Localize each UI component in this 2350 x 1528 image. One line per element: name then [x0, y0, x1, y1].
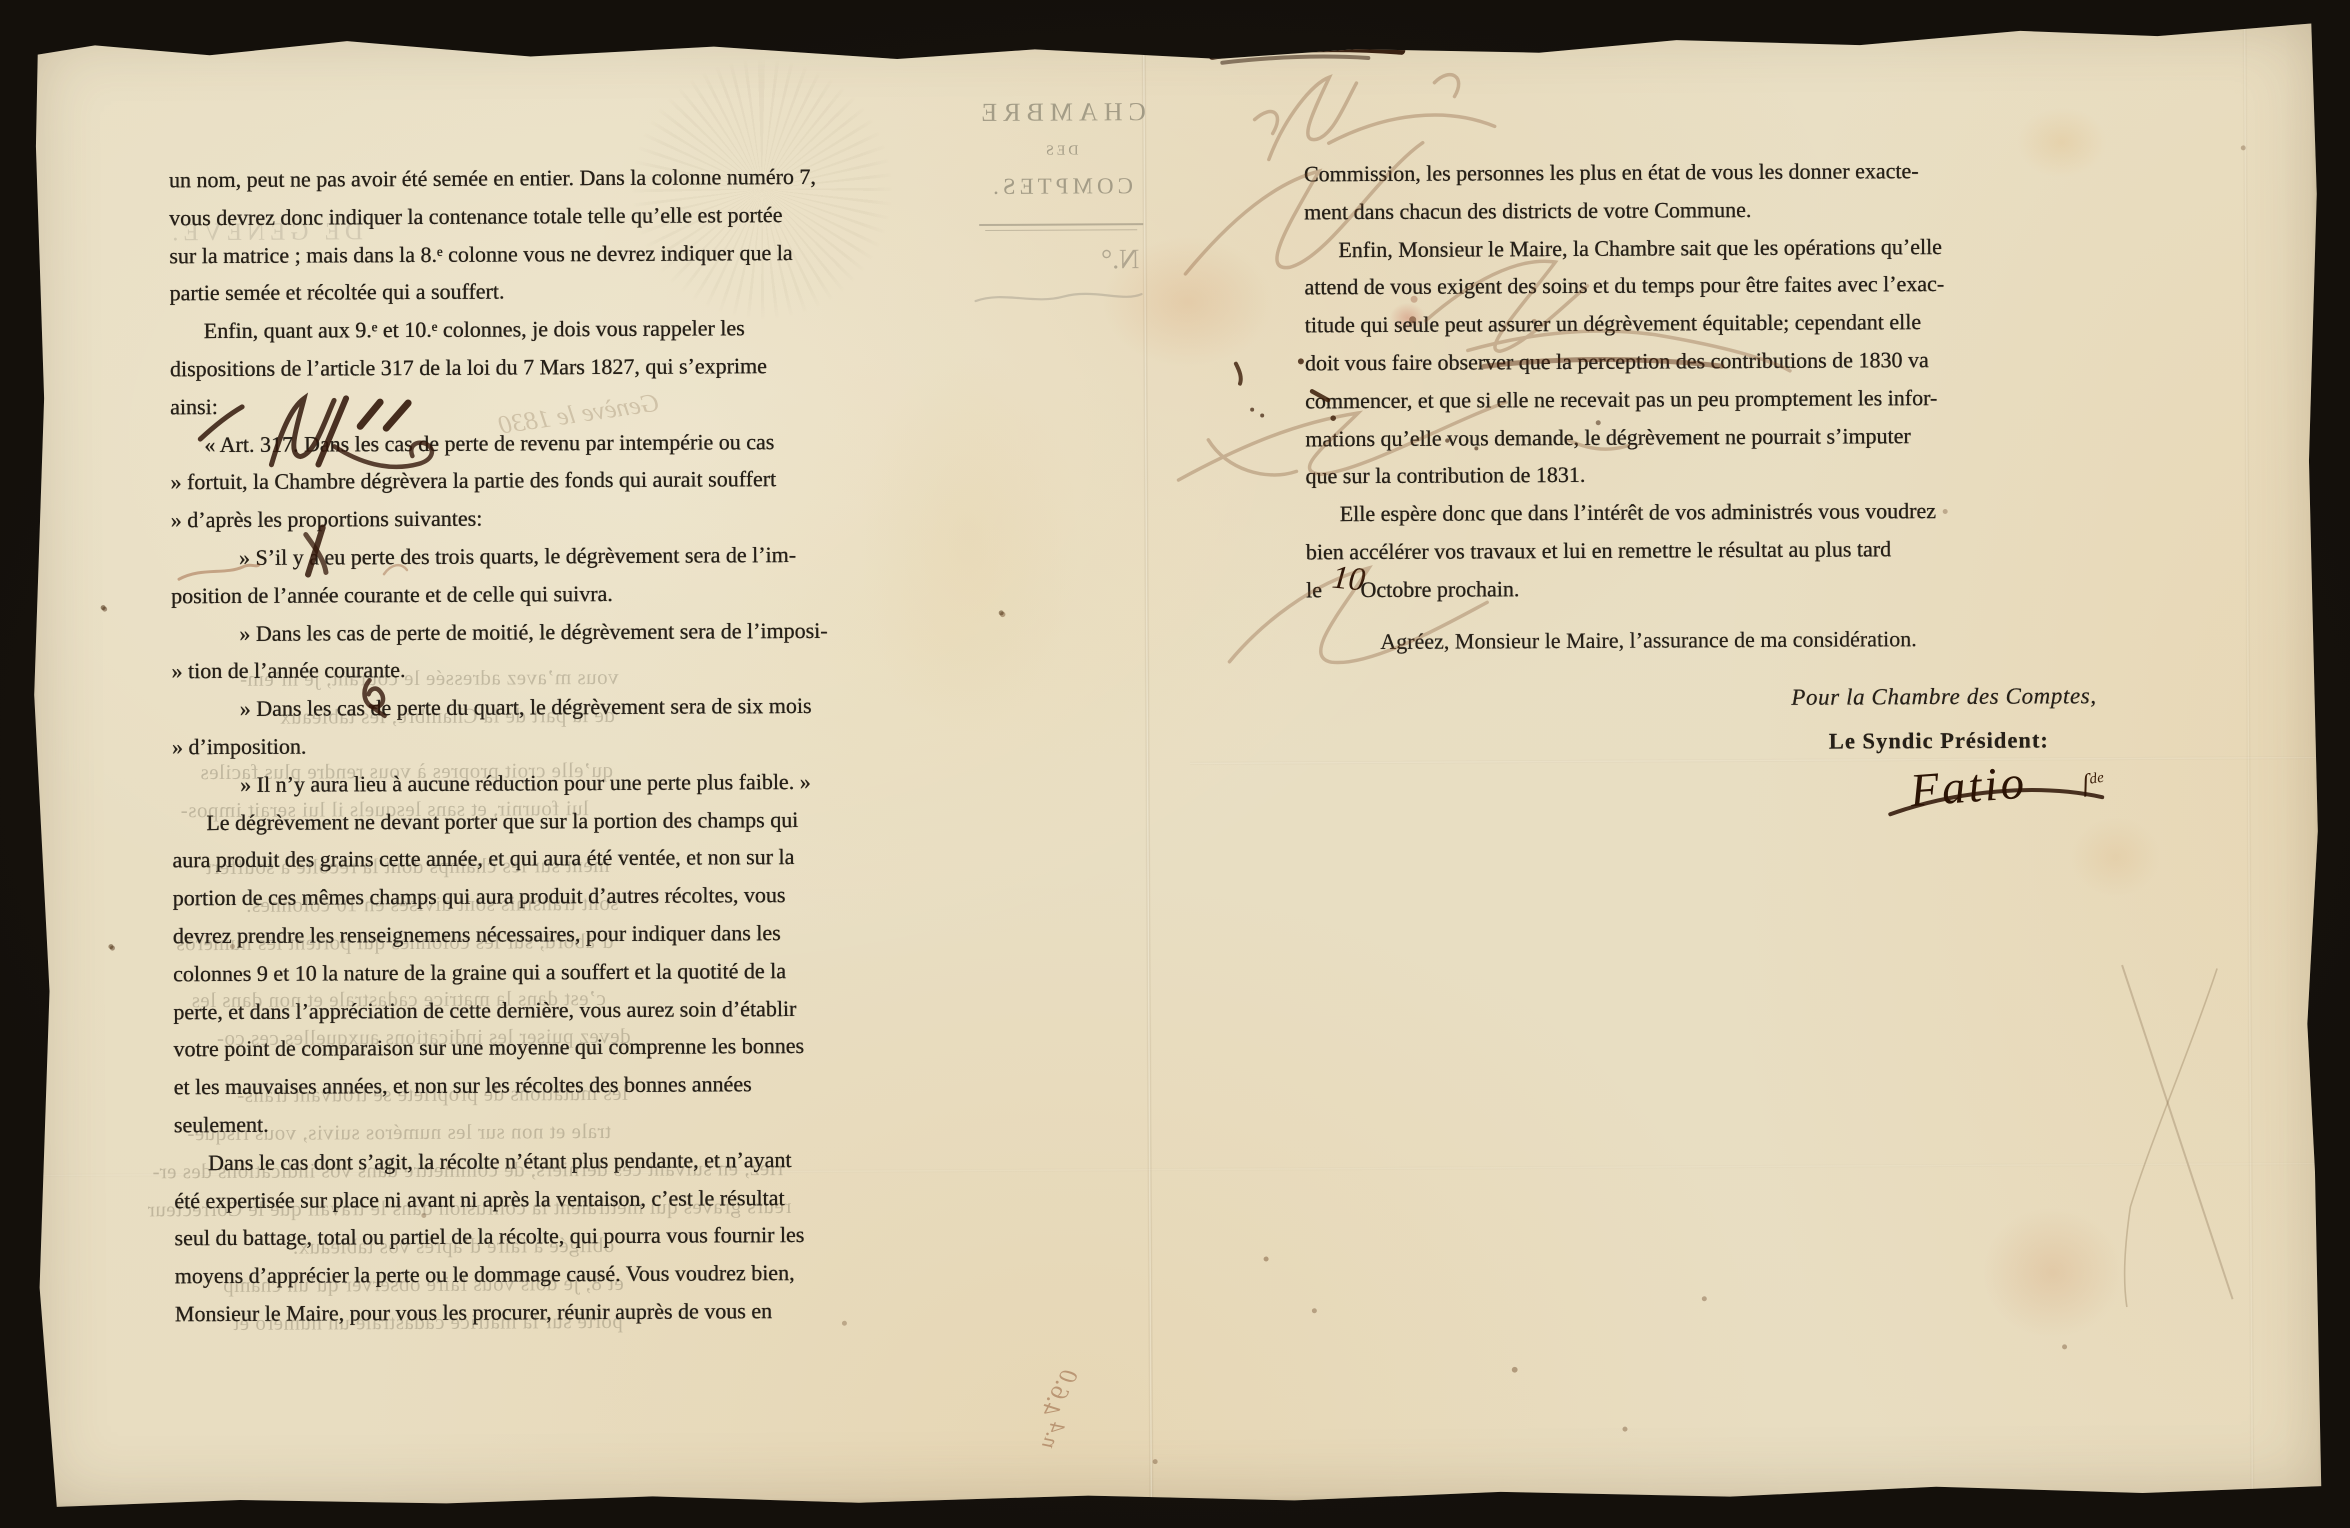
printed-line: votre point de comparaison sur une moyen… — [173, 1026, 963, 1068]
printed-line: et les mauvaises années, et non sur les … — [174, 1064, 964, 1106]
bleedthrough-filing-note: n.4 — [1036, 1418, 1070, 1453]
right-page-text-column: Commission, les personnes les plus en ét… — [1304, 151, 2096, 609]
printed-line: » Il n’y aura lieu à aucune réduction po… — [172, 762, 962, 804]
closing-salutation: Agréez, Monsieur le Maire, l’assurance d… — [1306, 625, 2096, 655]
printed-line: que sur la contribution de 1831. — [1305, 454, 2095, 496]
stamp-line: COMPTES. — [975, 173, 1147, 200]
signature-qualifier: ſᵈᵉ — [2080, 768, 2105, 799]
printed-line: » tion de l’année courante. — [171, 648, 961, 690]
handwritten-year-annotation: 1830. — [1206, 19, 1401, 57]
corner-crease-line — [2123, 969, 2219, 1307]
printed-line: le Octobre prochain. — [1306, 567, 2096, 609]
printed-line: Elle espère donc que dans l’intérêt de v… — [1306, 491, 2096, 533]
paper-stain — [1982, 1207, 2123, 1338]
printed-line: » d’imposition. — [172, 724, 962, 766]
printed-line: commencer, et que si elle ne recevait pa… — [1305, 378, 2095, 420]
stamp-line: CHAMBRE — [975, 97, 1147, 128]
foxing-spots — [26, 28, 29, 31]
printed-line: été expertisée sur place ni avant ni apr… — [174, 1178, 964, 1220]
printed-line: perte, et dans l’appréciation de cette d… — [173, 989, 963, 1031]
printed-line: sur la matrice ; mais dans la 8.ᵉ colonn… — [169, 233, 959, 275]
printed-line: Dans le cas dont s’agit, la récolte n’ét… — [174, 1140, 964, 1182]
printed-line: titude qui seule peut assurer un dégrève… — [1305, 302, 2095, 344]
printed-line: bien accélérer vos travaux et lui en rem… — [1306, 529, 2096, 571]
printed-line: un nom, peut ne pas avoir été semée en e… — [169, 157, 959, 199]
stamp-rule — [979, 223, 1143, 226]
bleedthrough-chambre-stamp: CHAMBRE DES COMPTES. N.° — [975, 97, 1148, 277]
printed-line: position de l’année courante et de celle… — [171, 573, 961, 615]
handwritten-day-of-month: 10 — [1330, 560, 1367, 600]
printed-line: « Art. 317. Dans les cas de perte de rev… — [170, 422, 960, 464]
printed-line: moyens d’apprécier la perte ou le dommag… — [175, 1253, 965, 1295]
printed-line: vous devrez donc indiquer la contenance … — [169, 195, 959, 237]
printed-line: attend de vous exigent des soins et du t… — [1304, 265, 2094, 307]
printed-line: Le dégrèvement ne devant porter que sur … — [172, 800, 962, 842]
printed-line: devrez prendre les renseignemens nécessa… — [173, 913, 963, 955]
printed-line: » Dans les cas de perte de moitié, le dé… — [171, 611, 961, 653]
closing-authority: Pour la Chambre des Comptes, — [1307, 683, 2097, 713]
printed-line: » d’après les proportions suivantes: — [171, 497, 961, 539]
handwritten-signature: Fatio — [1908, 756, 2029, 819]
stamp-numero: N.° — [975, 244, 1147, 277]
corner-crease — [2121, 965, 2233, 1300]
printed-line: aura produit des grains cette année, et … — [172, 837, 962, 879]
printed-line: Monsieur le Maire, pour vous les procure… — [175, 1291, 965, 1333]
left-page-text-column: un nom, peut ne pas avoir été semée en e… — [169, 157, 965, 1333]
printed-line: » Dans les cas de perte du quart, le dég… — [172, 686, 962, 728]
printed-line: Enfin, quant aux 9.ᵉ et 10.ᵉ colonnes, j… — [170, 308, 960, 350]
printed-line: doit vous faire observer que la percepti… — [1305, 340, 2095, 382]
printed-line: » fortuit, la Chambre dégrèvera la parti… — [170, 459, 960, 501]
printed-line: seul du battage, total ou partiel de la … — [174, 1215, 964, 1257]
printed-line: ment dans chacun des districts de votre … — [1304, 189, 2094, 231]
stamp-rule — [985, 229, 1137, 231]
closing-title: Le Syndic Président: — [1307, 727, 2049, 757]
horizontal-crease — [1190, 756, 2322, 765]
printed-line: portion de ces mêmes champs qui aura pro… — [173, 875, 963, 917]
printed-line: mations qu’elle vous demande, le dégrève… — [1305, 416, 2095, 458]
bleedthrough-text-layer: vous m’avez adressée le courant, je m’em… — [26, 16, 2318, 28]
printed-line: Enfin, Monsieur le Maire, la Chambre sai… — [1304, 227, 2094, 269]
bleedthrough-filing-note: 4.6.0 — [1034, 1364, 1082, 1421]
printed-line: » S’il y a eu perte des trois quarts, le… — [171, 535, 961, 577]
letter-paper: DE GENÈVE. Genève le 1830 vous m’avez ad… — [26, 16, 2326, 1510]
document-scan: DE GENÈVE. Genève le 1830 vous m’avez ad… — [0, 0, 2350, 1528]
stamp-line: DES — [975, 143, 1147, 160]
paper-stain — [2070, 817, 2160, 897]
printed-line: seulement. — [174, 1102, 964, 1144]
printed-line: colonnes 9 et 10 la nature de la graine … — [173, 951, 963, 993]
printed-line: dispositions de l’article 317 de la loi … — [170, 346, 960, 388]
printed-line: Commission, les personnes les plus en ét… — [1304, 151, 2094, 193]
printed-line: ainsi: — [170, 384, 960, 426]
printed-line: partie semée et récoltée qui a souffert. — [169, 271, 959, 313]
